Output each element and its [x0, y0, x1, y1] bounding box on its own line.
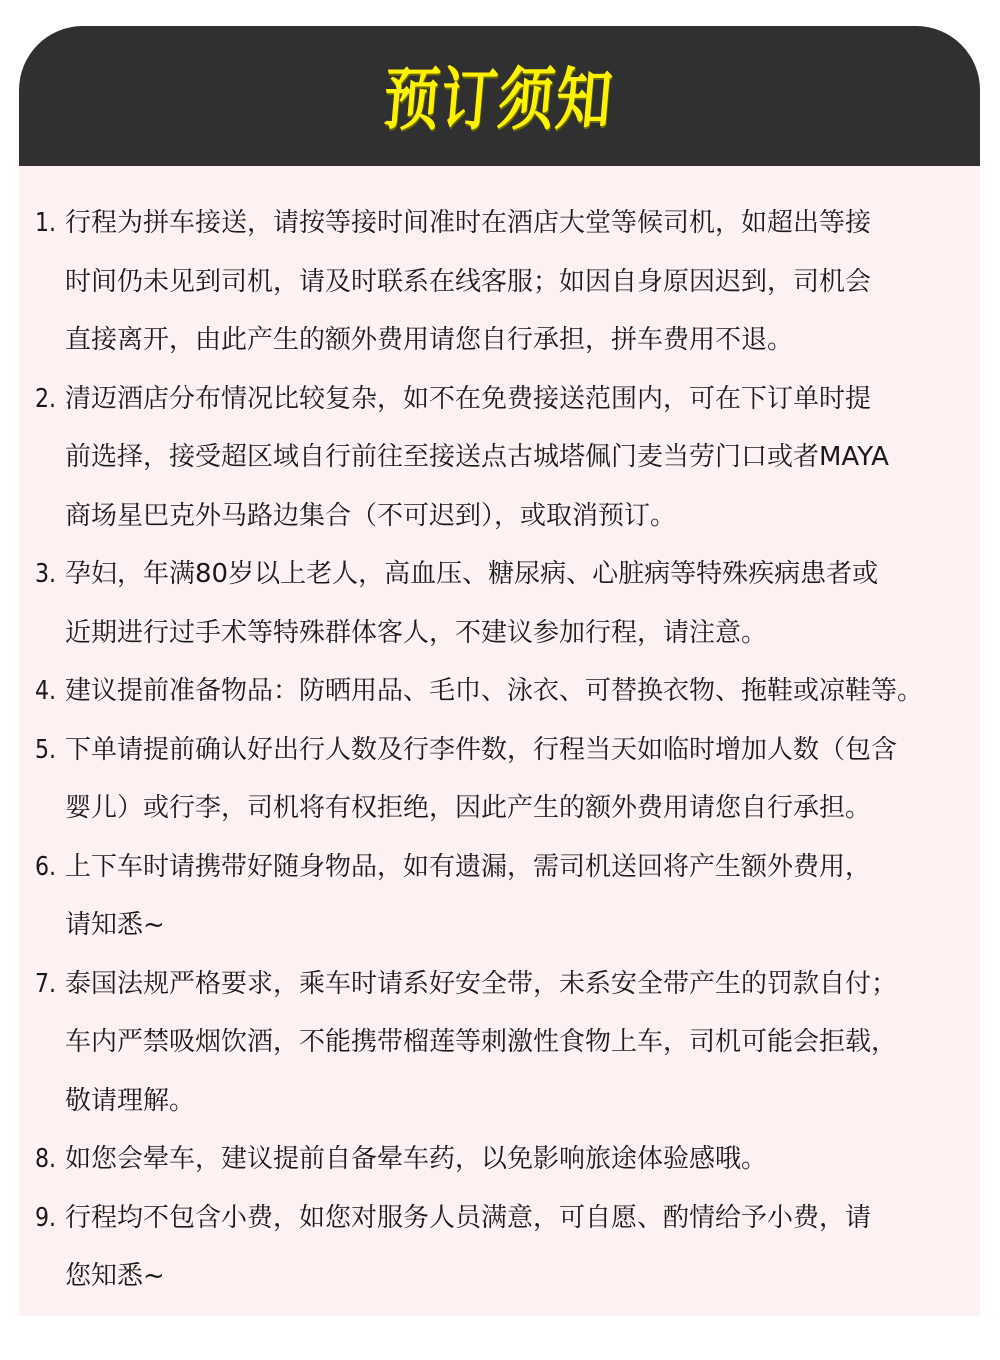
notice-number: 4. — [35, 662, 61, 721]
notice-line: 行程均不包含小费，如您对服务人员满意，可自愿、酌情给予小费，请 — [65, 1189, 960, 1248]
page-title: 预订须知 — [381, 46, 619, 143]
notice-item-2: 2. 清迈酒店分布情况比较复杂，如不在免费接送范围内，可在下订单时提 前选择，接… — [35, 370, 980, 546]
notice-line: 近期进行过手术等特殊群体客人，不建议参加行程，请注意。 — [65, 604, 960, 663]
notice-item-9: 9. 行程均不包含小费，如您对服务人员满意，可自愿、酌情给予小费，请 您知悉~ — [35, 1189, 980, 1306]
notice-item-3: 3. 孕妇，年满80岁以上老人，高血压、糖尿病、心脏病等特殊疾病患者或 近期进行… — [35, 545, 980, 662]
notice-text: 下单请提前确认好出行人数及行李件数，行程当天如临时增加人数（包含 婴儿）或行李，… — [65, 721, 980, 838]
notice-number: 3. — [35, 545, 61, 662]
notice-line: 您知悉~ — [65, 1247, 960, 1306]
notice-line: 车内严禁吸烟饮酒，不能携带榴莲等刺激性食物上车，司机可能会拒载， — [65, 1013, 960, 1072]
notice-number: 2. — [35, 370, 61, 546]
notice-line: 商场星巴克外马路边集合（不可迟到），或取消预订。 — [65, 487, 960, 546]
notice-line: 上下车时请携带好随身物品，如有遗漏，需司机送回将产生额外费用， — [65, 838, 960, 897]
notice-item-7: 7. 泰国法规严格要求，乘车时请系好安全带，未系安全带产生的罚款自付； 车内严禁… — [35, 955, 980, 1131]
notice-line: 敬请理解。 — [65, 1072, 960, 1131]
notice-text: 泰国法规严格要求，乘车时请系好安全带，未系安全带产生的罚款自付； 车内严禁吸烟饮… — [65, 955, 980, 1131]
notice-header: 预订须知 — [19, 26, 980, 166]
notice-list: 1. 行程为拼车接送，请按等接时间准时在酒店大堂等候司机，如超出等接 时间仍未见… — [19, 194, 980, 1306]
notice-text: 建议提前准备物品：防晒用品、毛巾、泳衣、可替换衣物、拖鞋或凉鞋等。 — [65, 662, 980, 721]
notice-number: 8. — [35, 1130, 61, 1189]
notice-line: 请知悉~ — [65, 896, 960, 955]
notice-line: 泰国法规严格要求，乘车时请系好安全带，未系安全带产生的罚款自付； — [65, 955, 960, 1014]
notice-item-5: 5. 下单请提前确认好出行人数及行李件数，行程当天如临时增加人数（包含 婴儿）或… — [35, 721, 980, 838]
notice-line: 婴儿）或行李，司机将有权拒绝，因此产生的额外费用请您自行承担。 — [65, 779, 960, 838]
notice-text: 行程均不包含小费，如您对服务人员满意，可自愿、酌情给予小费，请 您知悉~ — [65, 1189, 980, 1306]
notice-line: 如您会晕车，建议提前自备晕车药，以免影响旅途体验感哦。 — [65, 1130, 960, 1189]
notice-line: 行程为拼车接送，请按等接时间准时在酒店大堂等候司机，如超出等接 — [65, 194, 960, 253]
notice-line: 清迈酒店分布情况比较复杂，如不在免费接送范围内，可在下订单时提 — [65, 370, 960, 429]
notice-number: 1. — [35, 194, 61, 370]
notice-line: 下单请提前确认好出行人数及行李件数，行程当天如临时增加人数（包含 — [65, 721, 960, 780]
notice-text: 清迈酒店分布情况比较复杂，如不在免费接送范围内，可在下订单时提 前选择，接受超区… — [65, 370, 980, 546]
notice-text: 上下车时请携带好随身物品，如有遗漏，需司机送回将产生额外费用， 请知悉~ — [65, 838, 980, 955]
notice-item-1: 1. 行程为拼车接送，请按等接时间准时在酒店大堂等候司机，如超出等接 时间仍未见… — [35, 194, 980, 370]
notice-body: 1. 行程为拼车接送，请按等接时间准时在酒店大堂等候司机，如超出等接 时间仍未见… — [19, 166, 980, 1316]
notice-line: 时间仍未见到司机，请及时联系在线客服；如因自身原因迟到，司机会 — [65, 253, 960, 312]
notice-text: 孕妇，年满80岁以上老人，高血压、糖尿病、心脏病等特殊疾病患者或 近期进行过手术… — [65, 545, 980, 662]
notice-line: 孕妇，年满80岁以上老人，高血压、糖尿病、心脏病等特殊疾病患者或 — [65, 545, 960, 604]
notice-number: 9. — [35, 1189, 61, 1306]
booking-notice-card: 预订须知 1. 行程为拼车接送，请按等接时间准时在酒店大堂等候司机，如超出等接 … — [19, 26, 980, 1316]
notice-number: 5. — [35, 721, 61, 838]
notice-line: 前选择，接受超区域自行前往至接送点古城塔佩门麦当劳门口或者MAYA — [65, 428, 960, 487]
notice-item-4: 4. 建议提前准备物品：防晒用品、毛巾、泳衣、可替换衣物、拖鞋或凉鞋等。 — [35, 662, 980, 721]
notice-line: 直接离开，由此产生的额外费用请您自行承担，拼车费用不退。 — [65, 311, 960, 370]
notice-number: 7. — [35, 955, 61, 1131]
notice-item-8: 8. 如您会晕车，建议提前自备晕车药，以免影响旅途体验感哦。 — [35, 1130, 980, 1189]
notice-text: 如您会晕车，建议提前自备晕车药，以免影响旅途体验感哦。 — [65, 1130, 980, 1189]
notice-line: 建议提前准备物品：防晒用品、毛巾、泳衣、可替换衣物、拖鞋或凉鞋等。 — [65, 662, 960, 721]
notice-item-6: 6. 上下车时请携带好随身物品，如有遗漏，需司机送回将产生额外费用， 请知悉~ — [35, 838, 980, 955]
notice-text: 行程为拼车接送，请按等接时间准时在酒店大堂等候司机，如超出等接 时间仍未见到司机… — [65, 194, 980, 370]
notice-number: 6. — [35, 838, 61, 955]
